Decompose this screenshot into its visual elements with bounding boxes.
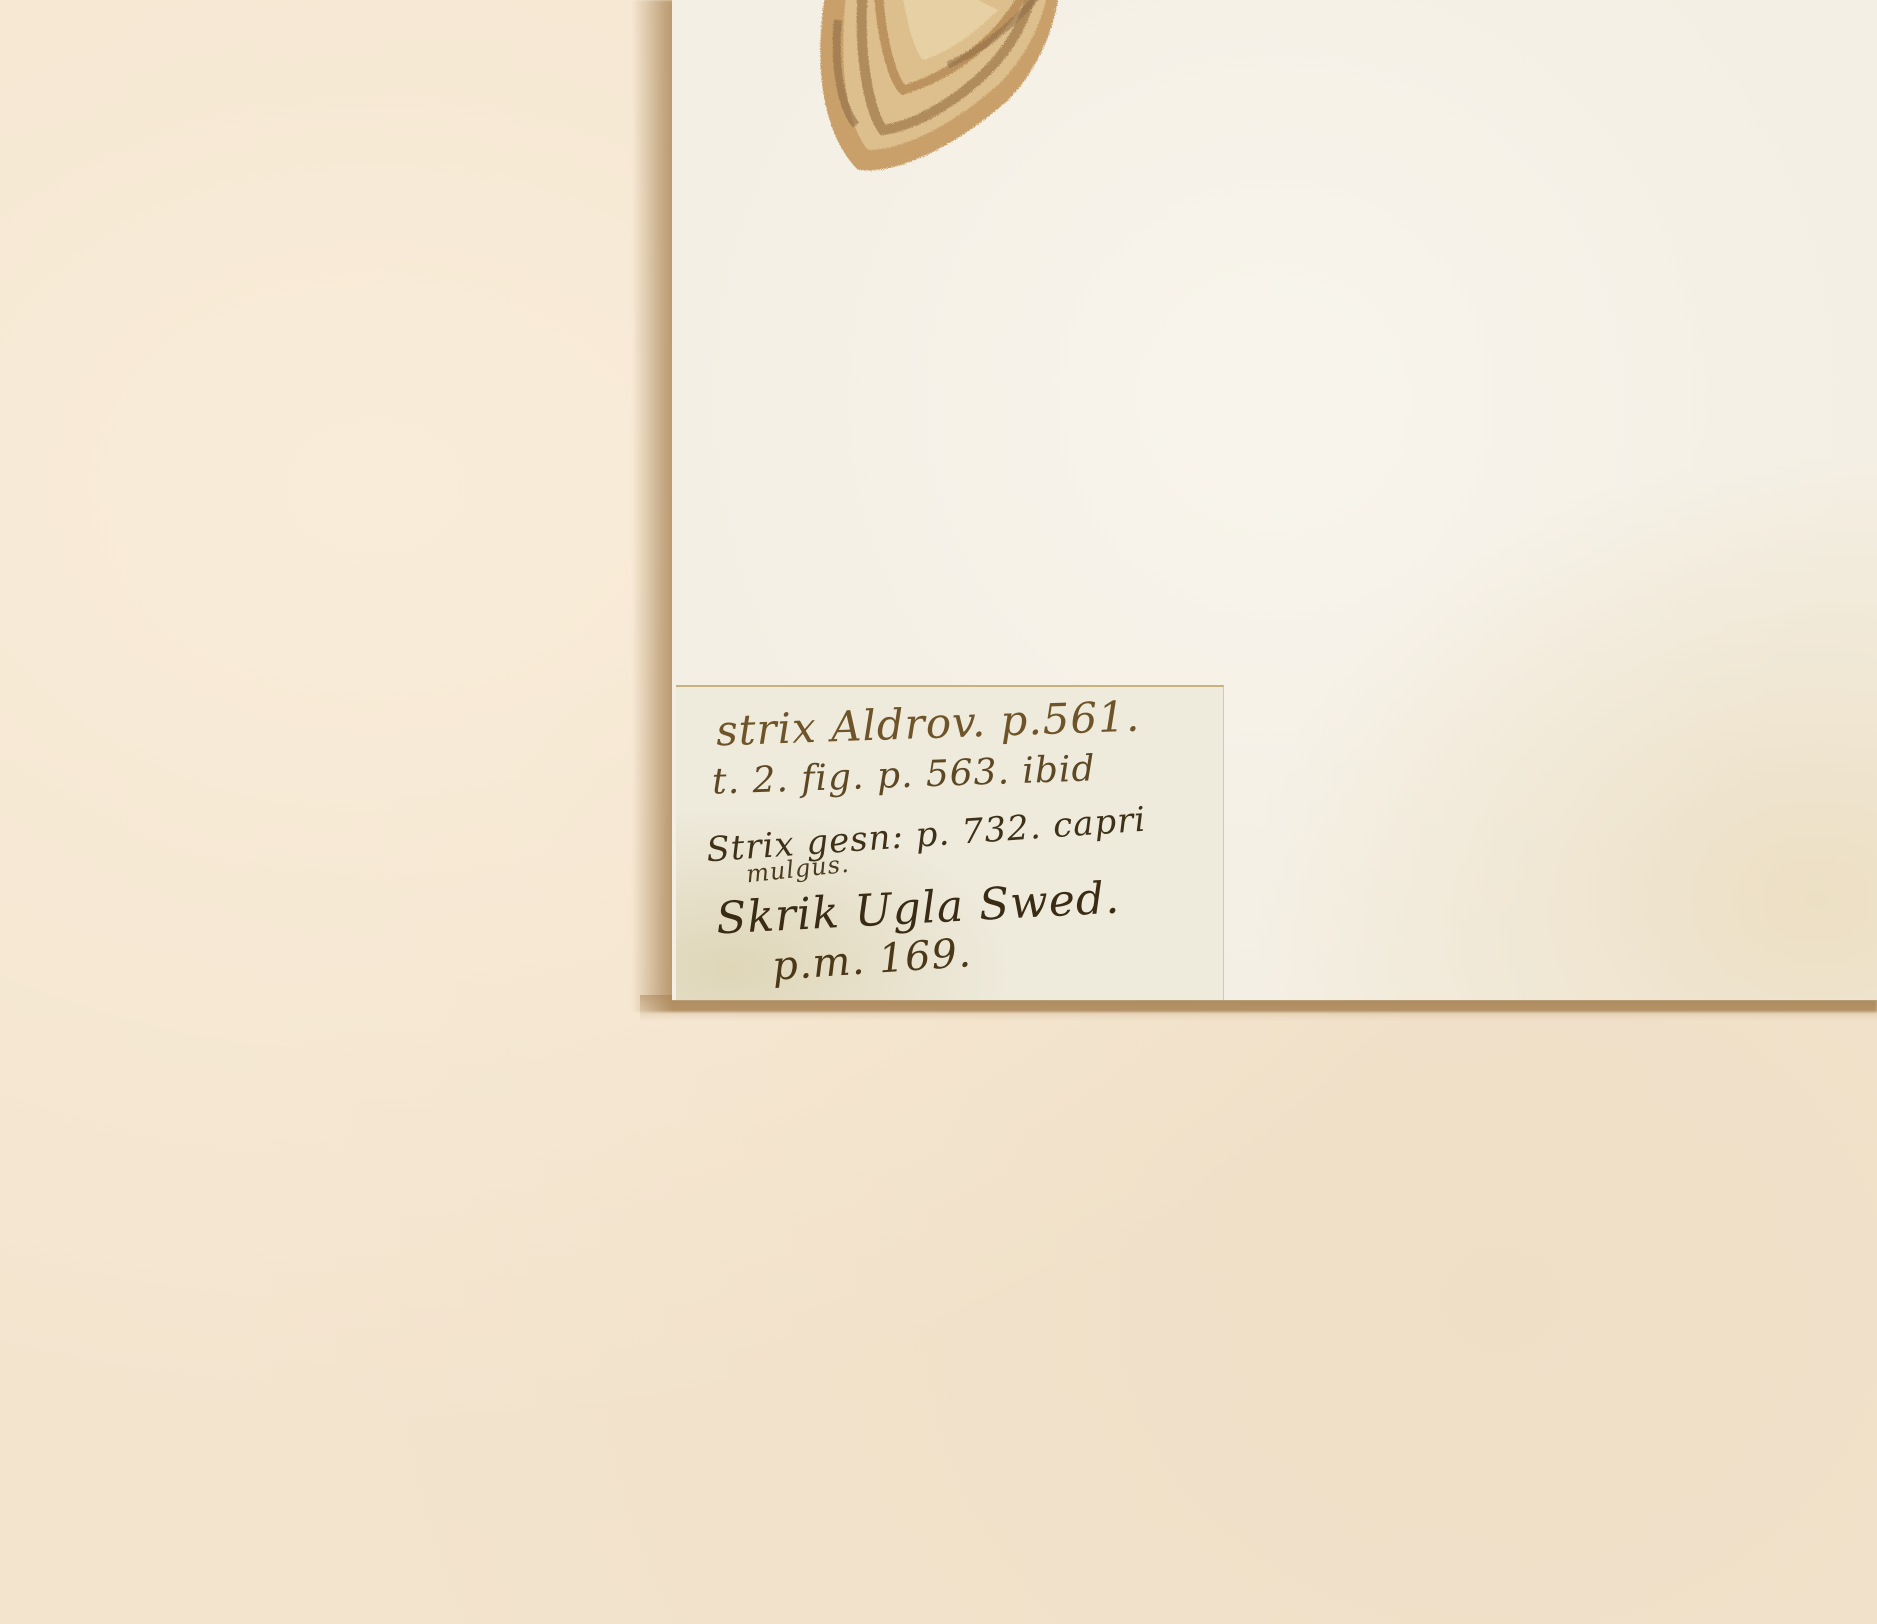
- label-line-2: t. 2. fig. p. 563. ibid: [711, 748, 1096, 802]
- feather-drawing-icon: [808, 0, 1058, 180]
- specimen-label: strix Aldrov. p.561. t. 2. fig. p. 563. …: [676, 685, 1224, 1000]
- label-line-1: strix Aldrov. p.561.: [715, 692, 1141, 756]
